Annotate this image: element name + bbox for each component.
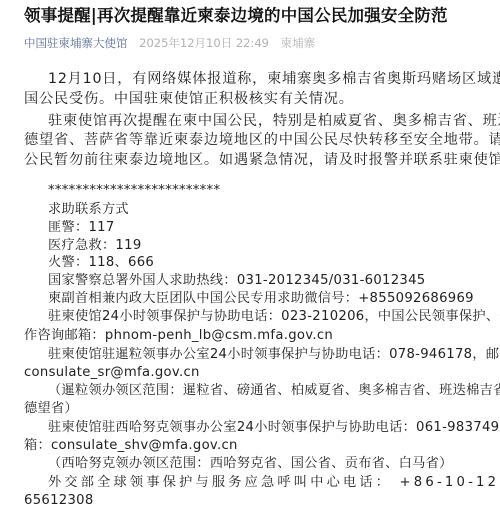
fire-number: 火警：118、666 [48,254,154,272]
paragraph-line: 12月10日，有网络媒体报道称，柬埔寨奥多棉吉省奥斯玛赌场区域遭到炮击，有中 [48,69,500,89]
paragraph-line: 德望省、菩萨省等靠近柬泰边境地区的中国公民尽快转移至安全地带。请其他地区中国 [24,130,500,150]
siem-reap-hotline: 驻柬使馆驻暹粒领事办公室24小时领事保护与协助电话：078-946178，邮箱： [48,346,500,364]
paragraph-line: 驻柬使馆再次提醒在柬中国公民，特别是柏威夏省、奥多棉吉省、班迭棉吉省、马 [48,111,500,131]
police-number: 匪警：117 [48,219,115,237]
article-title: 领事提醒|再次提醒靠近柬泰边境的中国公民加强安全防范 [24,5,494,27]
publish-location: 柬埔寨 [281,36,316,50]
paragraph-line: 国公民受伤。中国驻柬使馆正积极核实有关情况。 [24,89,354,109]
publish-date: 2025年12月10日 22:49 [139,36,269,50]
medical-number: 医疗急救：119 [48,237,142,255]
paragraph-line: 公民暂勿前往柬泰边境地区。如遇紧急情况，请及时报警并联系驻柬使馆寻求协助。 [24,150,500,170]
mfa-hotline-cont: 65612308 [24,492,94,510]
contact-heading: 求助联系方式 [48,201,129,219]
embassy-hotline: 驻柬使馆24小时领事保护与协助电话：023-210206，中国公民领事保护、侨务… [48,308,500,326]
sihanoukville-email-prefix: 箱： [24,438,51,453]
separator-stars: ************************* [48,182,220,200]
sihanoukville-email: consulate_shv@mfa.gov.cn [51,438,238,453]
article-meta: 中国驻柬埔寨大使馆 2025年12月10日 22:49 柬埔寨 [24,35,315,51]
embassy-email: 作咨询邮箱：phnom-penh_lb@csm.mfa.gov.cn [24,327,333,345]
wechat-help-id: 柬副首相兼内政大臣团队中国公民专用求助微信号：+855092686969 [48,290,474,308]
sihanoukville-email-line: 箱：consulate_shv@mfa.gov.cn [24,437,238,455]
author-link[interactable]: 中国驻柬埔寨大使馆 [24,36,128,50]
siem-reap-email: consulate_sr@mfa.gov.cn [24,364,200,382]
national-police-hotline: 国家警察总署外国人求助热线：031-2012345/031-6012345 [48,272,426,290]
mfa-hotline: 外交部全球领事保护与服务应急呼叫中心电话： +86-10-12308或+86-1… [48,474,500,492]
sihanoukville-hotline: 驻柬使馆驻西哈努克领事办公室24小时领事保护与协助电话：061-983749，邮 [48,419,500,437]
sihanoukville-area: （西哈努克领办领区范围：西哈努克省、国公省、贡布省、白马省） [48,455,453,473]
siem-reap-area-cont: 德望省） [24,400,78,418]
article: 领事提醒|再次提醒靠近柬泰边境的中国公民加强安全防范 中国驻柬埔寨大使馆 202… [0,0,500,522]
siem-reap-area: （暹粒领办领区范围：暹粒省、磅通省、柏威夏省、奥多棉吉省、班迭棉吉省、马 [48,382,500,400]
